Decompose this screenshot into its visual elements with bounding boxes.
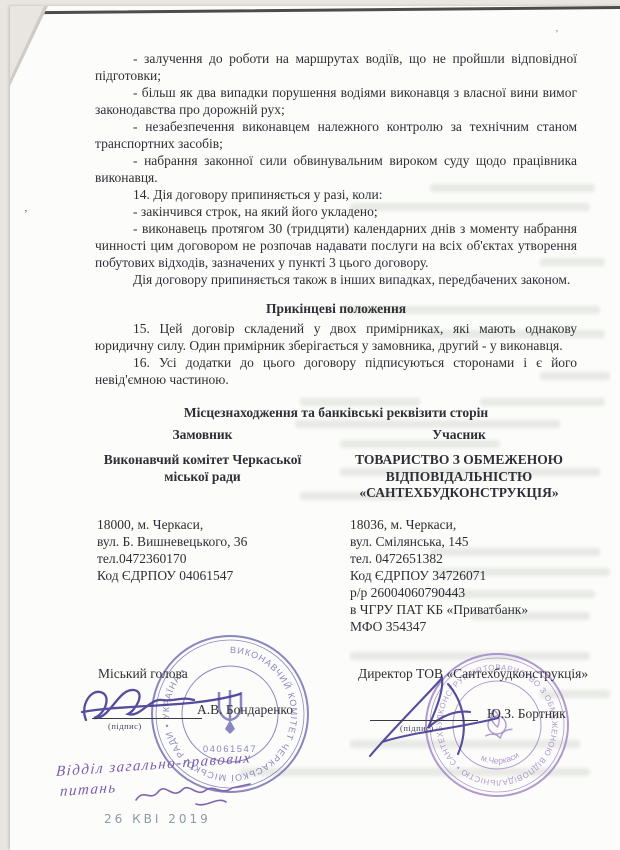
contract-clause: 14. Дія договору припиняється у разі, ко…	[95, 186, 577, 203]
address-line: тел.0472360170	[97, 550, 310, 567]
contract-clause: - залучення до роботи на маршрутах водії…	[95, 50, 577, 84]
participant-signer-name: Ю.З. Бортник	[487, 706, 566, 722]
participant-signature-caption: (підпис)	[400, 723, 434, 733]
contract-clause: 16. Усі додатки до цього договору підпис…	[95, 354, 577, 388]
participant-signature-scribble	[364, 670, 504, 762]
handwritten-signature-scribble	[132, 778, 262, 810]
address-line: Код ЄДРПОУ 04061547	[97, 567, 310, 584]
customer-role-label: Замовник	[95, 426, 310, 443]
contract-clause: - виконавець протягом 30 (тридцяти) кале…	[95, 220, 577, 271]
requisites-heading: Місцезнаходження та банківські реквізити…	[95, 404, 577, 421]
customer-address: 18000, м. Черкаси, вул. Б. Вишневецького…	[97, 516, 310, 584]
final-provisions-heading: Прикінцеві положення	[95, 300, 577, 317]
address-line: МФО 354347	[350, 618, 575, 635]
participant-role-label: Учасник	[343, 426, 575, 443]
address-line: вул. Смілянська, 145	[350, 533, 575, 550]
contract-clause: Дія договору припиняється також в інших …	[95, 271, 577, 288]
participant-column: Учасник ТОВАРИСТВО З ОБМЕЖЕНОЮ ВІДПОВІДА…	[343, 426, 575, 635]
contract-clause: 15. Цей договір складений у двох примірн…	[95, 320, 577, 354]
address-line: 18000, м. Черкаси,	[97, 516, 310, 533]
handwritten-note-line2: питань	[59, 780, 117, 801]
address-line: 18036, м. Черкаси,	[350, 516, 575, 533]
address-line: в ЧГРУ ПАТ КБ «Приватбанк»	[350, 601, 575, 618]
contract-clause: - набрання законної сили обвинувальним в…	[95, 152, 577, 186]
address-line: р/р 26004060790443	[350, 584, 575, 601]
participant-org-name: ТОВАРИСТВО З ОБМЕЖЕНОЮ ВІДПОВІДАЛЬНІСТЮ …	[343, 452, 575, 508]
participant-address: 18036, м. Черкаси, вул. Смілянська, 145 …	[350, 516, 575, 635]
contract-clause: - більш як два випадки порушення водіями…	[95, 84, 577, 118]
address-line: Код ЄДРПОУ 34726071	[350, 567, 575, 584]
customer-signer-name: А.В. Бондаренко	[197, 702, 293, 718]
customer-signature-caption: (підпис)	[108, 721, 142, 731]
date-received-stamp: 26 КВІ 2019	[104, 812, 211, 826]
address-line: вул. Б. Вишневецького, 36	[97, 533, 310, 550]
scanned-contract-page: ’ ’ - залучення до роботи на маршрутах в…	[10, 6, 620, 850]
contract-clause: - закінчився строк, на який його укладен…	[95, 203, 577, 220]
address-line: тел. 0472651382	[350, 550, 575, 567]
customer-column: Замовник Виконавчий комітет Черкаської м…	[95, 426, 310, 635]
participant-signature-line	[370, 720, 478, 721]
customer-org-name: Виконавчий комітет Черкаської міської ра…	[95, 452, 310, 508]
requisites-columns: Замовник Виконавчий комітет Черкаської м…	[95, 426, 577, 635]
contract-body: - залучення до роботи на маршрутах водії…	[95, 6, 577, 635]
customer-signature-line	[92, 718, 202, 719]
scan-speck: ’	[24, 208, 28, 220]
contract-clause: - незабезпечення виконавцем належного ко…	[95, 118, 577, 152]
